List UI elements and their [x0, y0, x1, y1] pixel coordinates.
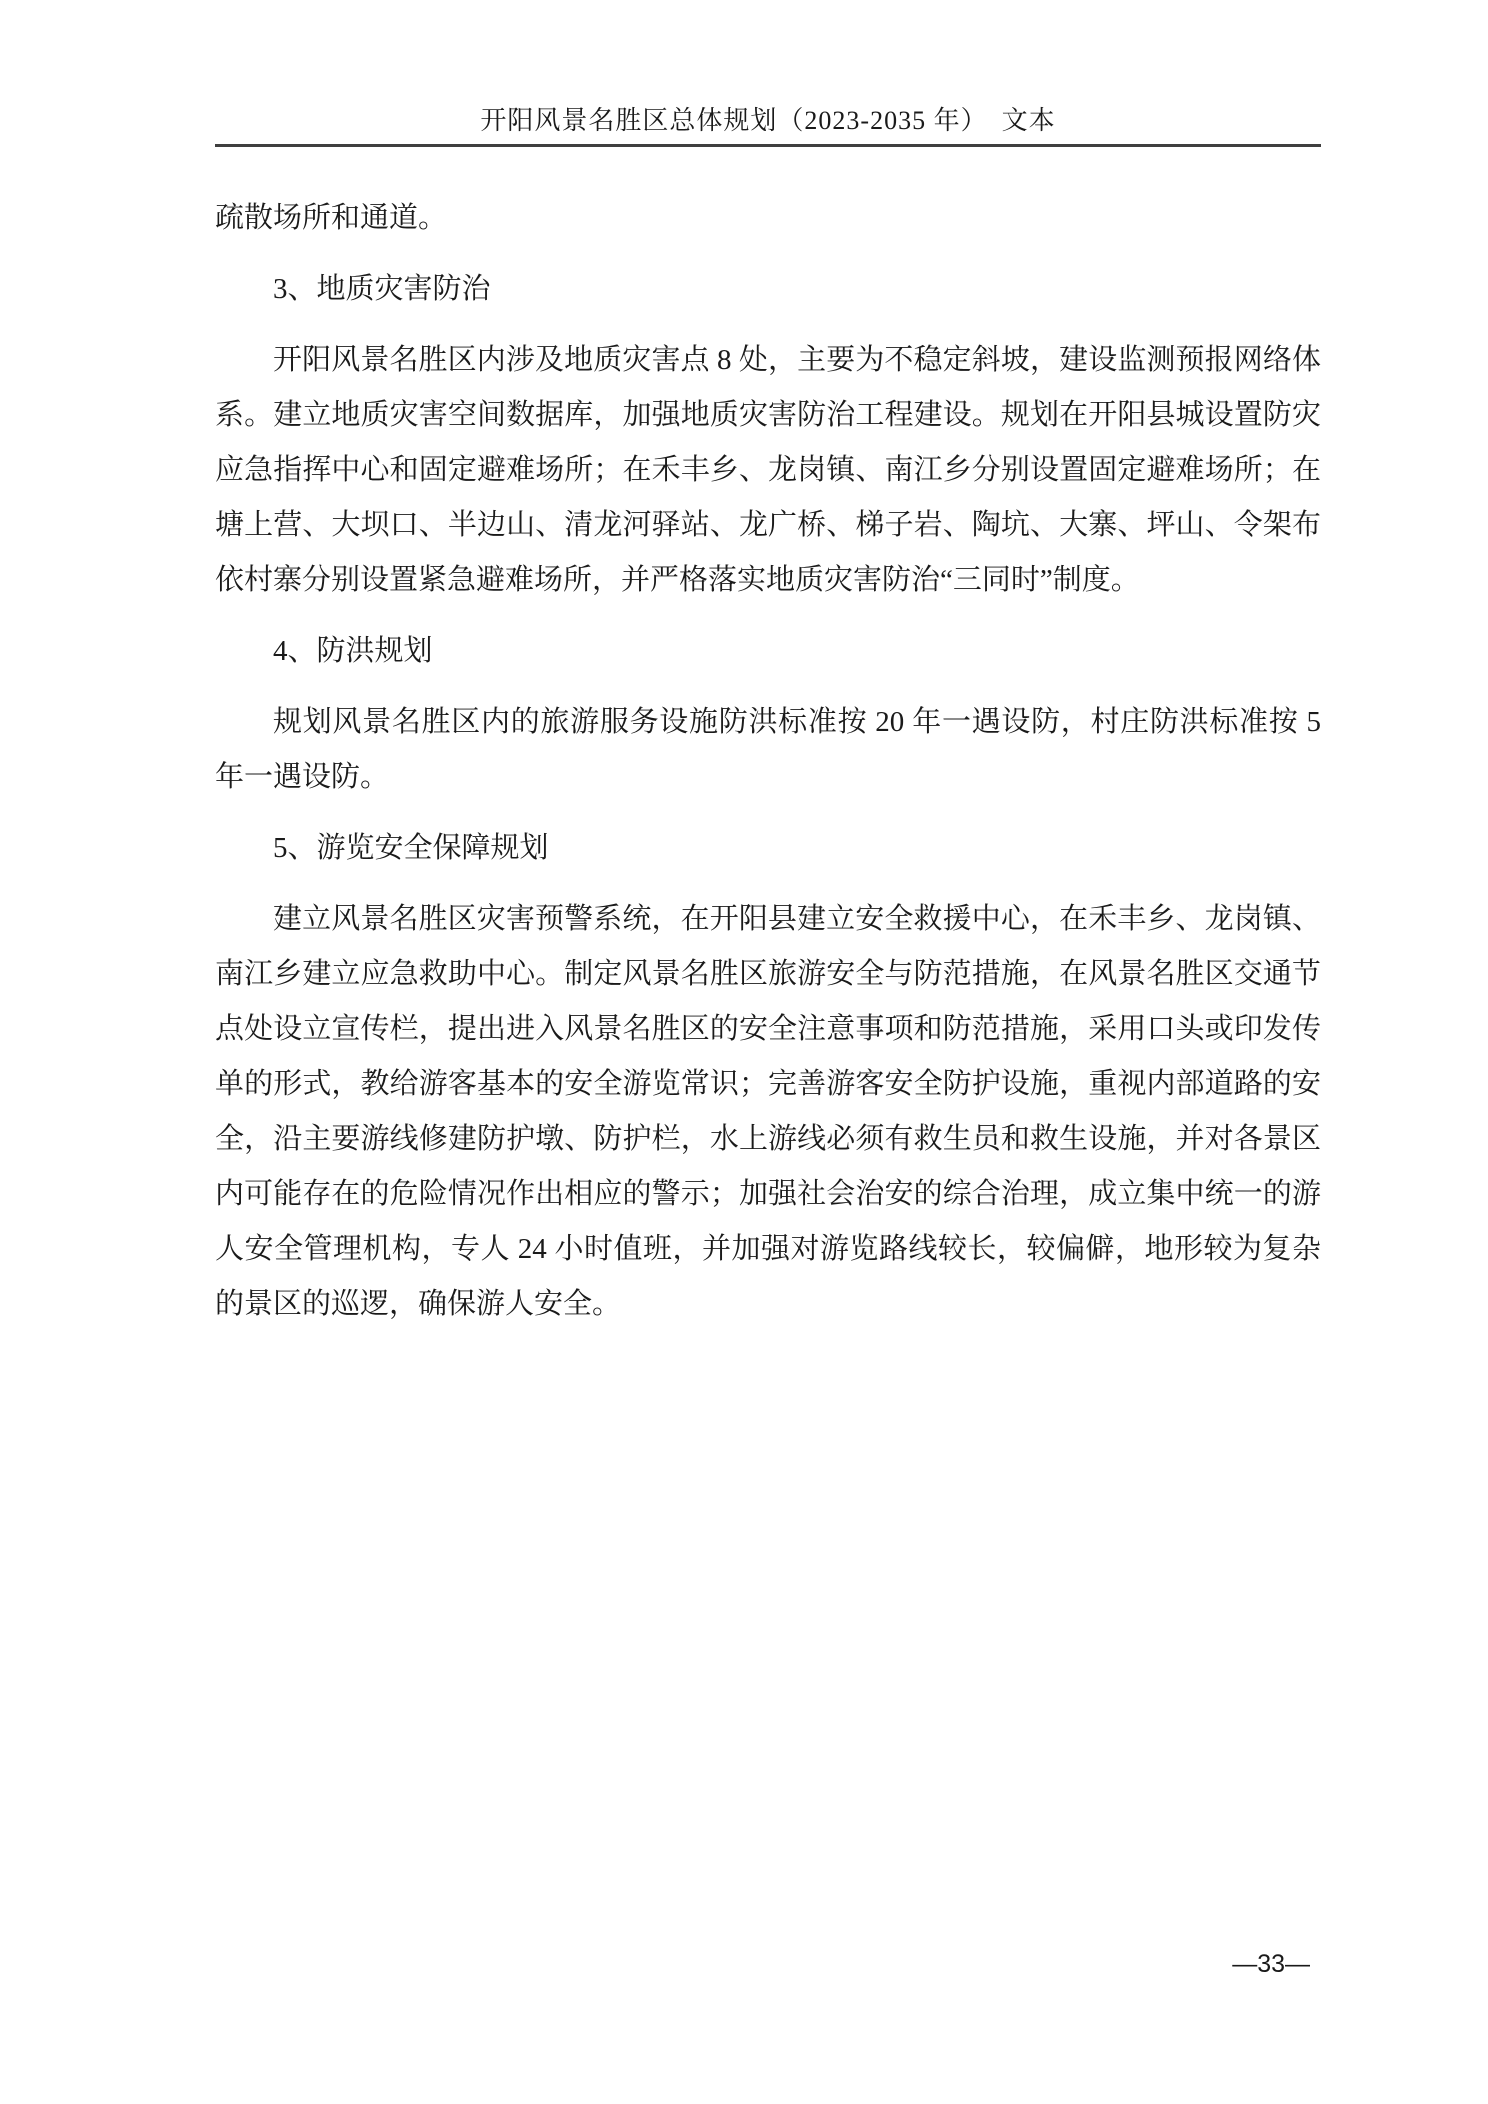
page-content: 开阳风景名胜区总体规划（2023-2035 年） 文本 疏散场所和通道。3、地质… [215, 0, 1321, 1348]
body-paragraph: 建立风景名胜区灾害预警系统，在开阳县建立安全救援中心，在禾丰乡、龙岗镇、南江乡建… [215, 892, 1321, 1332]
section-heading: 4、防洪规划 [215, 624, 1321, 679]
header-title: 开阳风景名胜区总体规划（2023-2035 年） 文本 [480, 106, 1055, 135]
body-paragraph: 开阳风景名胜区内涉及地质灾害点 8 处，主要为不稳定斜坡，建设监测预报网络体系。… [215, 333, 1321, 608]
document-body: 疏散场所和通道。3、地质灾害防治开阳风景名胜区内涉及地质灾害点 8 处，主要为不… [215, 191, 1321, 1332]
section-heading: 3、地质灾害防治 [215, 262, 1321, 317]
body-paragraph: 规划风景名胜区内的旅游服务设施防洪标准按 20 年一遇设防，村庄防洪标准按 5 … [215, 695, 1321, 805]
page-header: 开阳风景名胜区总体规划（2023-2035 年） 文本 [215, 0, 1321, 147]
page-number: —33— [1232, 1950, 1310, 1978]
body-paragraph: 疏散场所和通道。 [215, 191, 1321, 246]
page-footer: —33— [1232, 1950, 1310, 1979]
section-heading: 5、游览安全保障规划 [215, 821, 1321, 876]
document-page: 开阳风景名胜区总体规划（2023-2035 年） 文本 疏散场所和通道。3、地质… [0, 0, 1488, 2104]
